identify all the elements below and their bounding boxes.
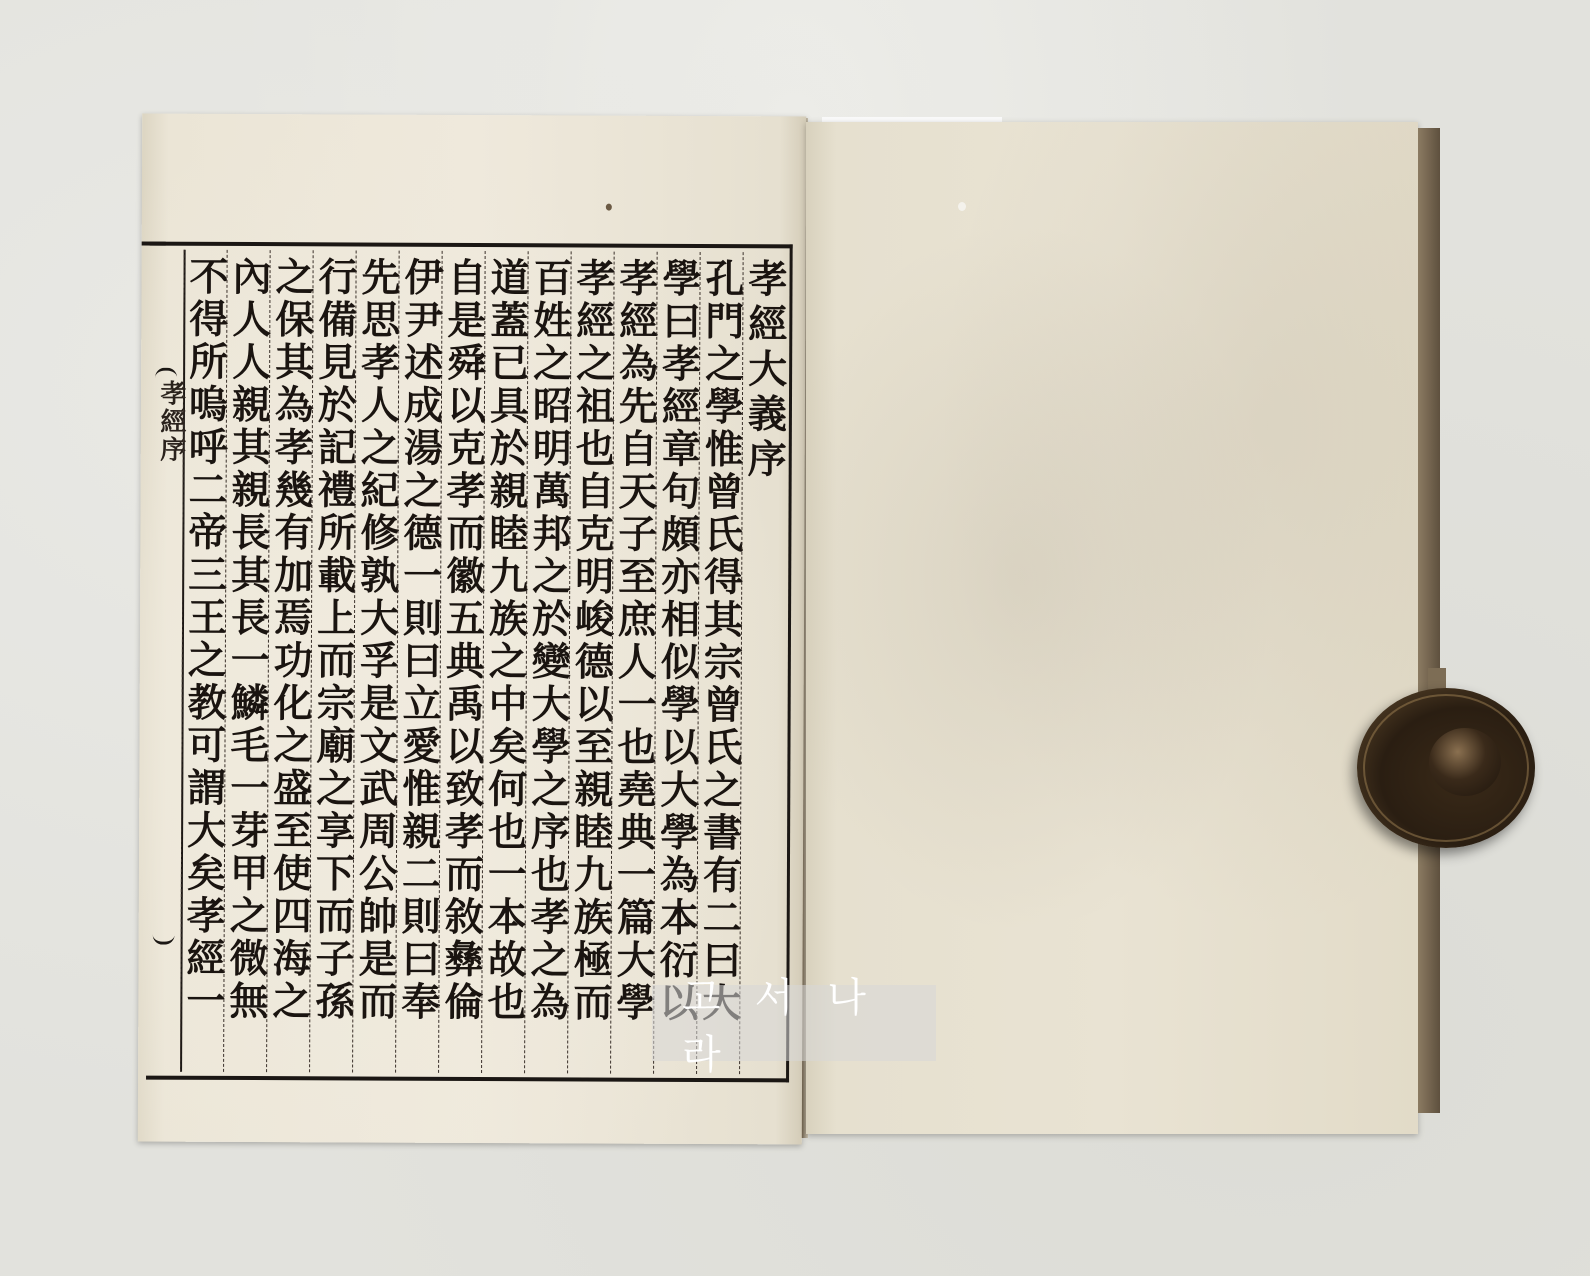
text-column: 行備見於記禮所載上而宗廟之享下而子孫 (309, 250, 356, 1072)
text-column: 百姓之昭明萬邦之於變大學之序也孝之為 (524, 251, 571, 1073)
text-column: 內人人親其親長其長一鱗毛一芽甲之微無 (223, 250, 270, 1072)
text-column: 伊尹述成湯之德一則曰立愛惟親二則曰奉 (395, 251, 442, 1073)
text-columns: 孝經大義序 孔門之學惟曾氏得其宗曾氏之書有二曰大 學曰孝經章句頗亦相似學以大學為… (180, 250, 786, 1075)
text-column: 不得所嗚呼二帝三王之教可謂大矣孝經一 (180, 250, 227, 1072)
text-column: 道蓋已具於親睦九族之中矣何也一本故也 (481, 251, 528, 1073)
watermark: 고서나라 (652, 985, 936, 1061)
text-column: 孔門之學惟曾氏得其宗曾氏之書有二曰大 (696, 252, 743, 1074)
text-column: 學曰孝經章句頗亦相似學以大學為本衍以 (653, 252, 700, 1074)
text-column: 之保其為孝幾有加焉功化之盛至使四海之 (266, 250, 313, 1072)
text-column: 孝經之祖也自克明峻德以至親睦九族極而 (567, 251, 614, 1073)
text-column: 自是舜以克孝而徽五典禹以致孝而敘彝倫 (438, 251, 485, 1073)
show-through-text (866, 382, 952, 460)
title-column: 孝經大義序 (739, 252, 786, 1074)
brass-paperweight (1357, 688, 1535, 848)
weight-knob (1429, 728, 1501, 796)
margin-bracket-bottom (153, 930, 175, 945)
paper-hole (958, 202, 966, 211)
printed-text-frame: 孝經序 孝經大義序 孔門之學惟曾氏得其宗曾氏之書有二曰大 學曰孝經章句頗亦相似學… (146, 242, 793, 1083)
back-cover-edge (1418, 128, 1440, 1113)
paper-speck (606, 204, 612, 211)
open-book: 孝經序 孝經大義序 孔門之學惟曾氏得其宗曾氏之書有二曰大 學曰孝經章句頗亦相似學… (0, 0, 1590, 1276)
text-column: 孝經為先自天子至庶人一也堯典一篇大學 (610, 252, 657, 1074)
text-column: 先思孝人之紀修孰大孚是文武周公帥是而 (352, 250, 399, 1072)
